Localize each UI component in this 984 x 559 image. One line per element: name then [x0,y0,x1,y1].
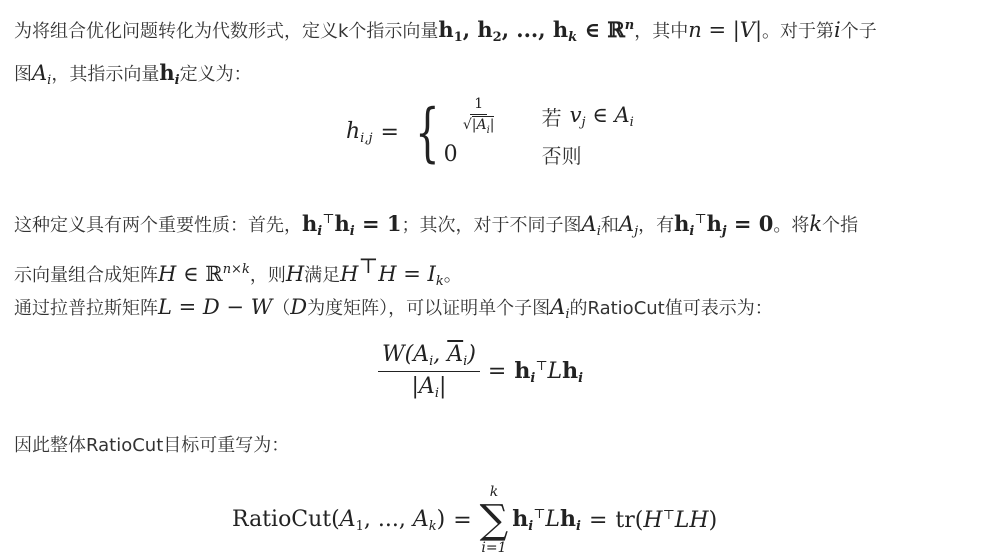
text: 定义为： [180,64,252,85]
text: 这种定义具有两个重要性质：首先， [14,215,302,236]
eq3-summand: hi⊤Lhi [512,506,581,534]
text: 。对于第 [762,21,834,42]
text: 和 [601,215,619,236]
math-h-in-r: H ∈ ℝn×k [158,262,250,286]
text: 示向量组合成矩阵 [14,265,158,286]
math-a-i: Ai [32,61,51,85]
paragraph-properties: 这种定义具有两个重要性质：首先，hi⊤hi = 1；其次，对于不同子图Ai和Aj… [14,202,974,299]
math-a-i: Ai [550,295,569,319]
text: 因此整体RatioCut目标可重写为： [14,435,289,456]
text: ，有 [638,215,674,236]
equals-sign: = [589,508,607,533]
equals-sign: = [381,120,399,145]
p1-line1: 为将组合优化问题转化为代数形式，定义k个指示向量h1, h2, ..., hk … [14,8,974,55]
math-indicator-vectors: h1, h2, ..., hk ∈ ℝn [438,17,634,42]
text: 个子 [841,21,877,42]
math-a-i: Ai [582,212,601,236]
equation-indicator-definition: hi,j = { 1 √|Ai| 若 vj ∈ Ai 0 否则 [346,96,634,169]
math-laplacian: L = D − W [158,295,272,319]
paragraph-overall-objective: 因此整体RatioCut目标可重写为： [14,428,974,463]
eq2-rhs: hi⊤Lhi [514,358,583,386]
p1-line2: 图Ai，其指示向量hi定义为： [14,55,974,98]
text: 满足 [304,265,340,286]
text: 。 [444,265,462,286]
sigma-icon: ∑ [480,500,509,540]
text: ，则 [250,265,286,286]
text: 为度矩阵），可以证明单个子图 [307,298,550,319]
text: ；其次，对于不同子图 [402,215,582,236]
math-h-i: hi [159,60,179,85]
case-1: 1 √|Ai| 若 vj ∈ Ai [444,96,634,136]
math-d: D [290,295,307,319]
text: 通过拉普拉斯矩阵 [14,298,158,319]
paragraph-indicator-vectors: 为将组合优化问题转化为代数形式，定义k个指示向量h1, h2, ..., hk … [14,8,974,98]
fraction-one-over-sqrt: 1 √|Ai| [444,96,514,136]
equation-ratiocut-trace: RatioCut(A1, ..., Ak) = k ∑ i=1 hi⊤Lhi =… [232,484,717,556]
text: 的RatioCut值可表示为： [569,298,772,319]
math-n-equals-v: n = |V| [688,18,762,42]
math-orthonormal: hi⊤hi = 1 [302,211,402,236]
left-brace-icon: { [415,101,439,165]
case2-value: 0 [444,142,514,167]
text: ，其指示向量 [51,64,159,85]
eq1-lhs: hi,j [346,119,373,146]
equals-sign: = [488,359,506,384]
math-hth-identity: H⊤H = Ik [340,262,444,286]
sum-lower-limit: i=1 [481,540,506,556]
fraction-cut-over-size: W(Ai, Ai) |Ai| [378,342,480,401]
p2-line1: 这种定义具有两个重要性质：首先，hi⊤hi = 1；其次，对于不同子图Ai和Aj… [14,202,974,249]
text: （ [272,298,290,319]
paragraph-laplacian: 通过拉普拉斯矩阵L = D − W（D为度矩阵），可以证明单个子图Ai的Rati… [14,290,974,332]
case-2: 0 否则 [444,140,634,169]
text: ，其中 [634,21,688,42]
math-i: i [834,18,841,42]
math-k: k [809,212,822,236]
text: 。将 [773,215,809,236]
text: 图 [14,64,32,85]
text: 个指 [822,215,858,236]
case2-condition-text: 否则 [542,140,582,169]
text: 为将组合优化问题转化为代数形式，定义k个指示向量 [14,21,438,42]
math-orthogonal: hi⊤hj = 0 [674,211,773,236]
cases: 1 √|Ai| 若 vj ∈ Ai 0 否则 [444,96,634,169]
equals-sign: = [453,508,471,533]
case1-condition-text: 若 [542,102,562,131]
case1-condition-math: vj ∈ Ai [570,103,634,130]
equation-ratiocut-single: W(Ai, Ai) |Ai| = hi⊤Lhi [378,342,583,401]
eq3-lhs: RatioCut(A1, ..., Ak) [232,507,445,534]
math-a-j: Aj [619,212,638,236]
summation: k ∑ i=1 [480,484,509,556]
math-h: H [286,262,304,286]
eq3-rhs: tr(H⊤LH) [615,508,717,533]
